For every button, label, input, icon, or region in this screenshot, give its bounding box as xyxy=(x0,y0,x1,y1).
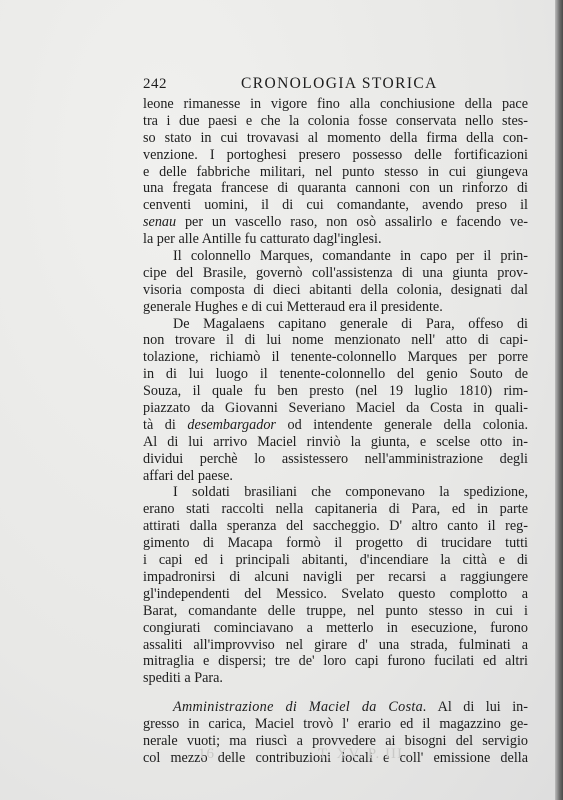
italic-term: desembargador xyxy=(187,417,276,433)
paragraph: I soldati brasiliani che componevano la … xyxy=(143,484,528,687)
text-line: i capi ed i principali abitanti, d'incen… xyxy=(143,552,528,569)
text-fragment: per un vascello raso, non osò assalirlo … xyxy=(176,214,528,230)
text-line: Il colonnello Marques, comandante in cap… xyxy=(143,248,528,265)
paragraph: Il colonnello Marques, comandante in cap… xyxy=(143,248,528,316)
page-number: 242 xyxy=(143,76,167,93)
text-line: mitraglia e dispersi; tre de' loro capi … xyxy=(143,653,528,670)
show-through-sheet-number: 16 xyxy=(198,746,215,763)
text-line: piazzato da Giovanni Severiano Maciel da… xyxy=(143,400,528,417)
text-line: la per alle Antille fu catturato dagl'in… xyxy=(143,231,528,248)
text-line: tolazione, richiamò il tenente-colonnell… xyxy=(143,349,528,366)
text-line: gresso in carica, Maciel trovò l' erario… xyxy=(143,716,528,733)
running-title: CRONOLOGIA STORICA xyxy=(241,75,438,93)
paragraph: leone rimanesse in vigore fino alla conc… xyxy=(143,96,528,248)
text-line: tà di desembargador od intendente genera… xyxy=(143,417,528,434)
book-page: 242 CRONOLOGIA STORICA leone rimanesse i… xyxy=(0,0,555,800)
text-line: erano stati raccolti nella capitaneria d… xyxy=(143,501,528,518)
text-line: attirati dalla speranza del saccheggio. … xyxy=(143,518,528,535)
text-line: leone rimanesse in vigore fino alla conc… xyxy=(143,96,528,113)
text-line: assaliti all'improvviso nel girare d' un… xyxy=(143,637,528,654)
text-line: affari del paese. xyxy=(143,468,528,485)
text-line: una fregata francese di quaranta cannoni… xyxy=(143,180,528,197)
text-line: cipe del Brasile, governò coll'assistenz… xyxy=(143,265,528,282)
show-through-signature: T. XV. P. III. xyxy=(318,746,408,763)
text-line: congiurati cominciavano a metterlo in es… xyxy=(143,620,528,637)
text-line: impadronirsi di alcuni navigli per recar… xyxy=(143,569,528,586)
text-line: Souza, il quale fu ben presto (nel 19 lu… xyxy=(143,383,528,400)
text-line: spediti a Para. xyxy=(143,670,528,687)
text-line: cenventi uomini, il di cui comandante, a… xyxy=(143,197,528,214)
text-fragment: od intendente generale della colonia. xyxy=(276,417,528,433)
text-fragment: tà di xyxy=(143,417,187,433)
text-line: generale Hughes e di cui Metteraud era i… xyxy=(143,299,528,316)
italic-term: senau xyxy=(143,214,176,230)
text-line: gl'independenti del Messico. Svelato que… xyxy=(143,586,528,603)
text-line: senau per un vascello raso, non osò assa… xyxy=(143,214,528,231)
section-gap xyxy=(143,687,528,699)
text-line: Al di lui arrivo Maciel rinviò la giunta… xyxy=(143,434,528,451)
text-line: Amministrazione di Maciel da Costa. Al d… xyxy=(143,699,528,716)
text-line: e delle fabbriche militari, nel punto st… xyxy=(143,164,528,181)
text-line: visoria composta di dieci abitanti della… xyxy=(143,282,528,299)
section-heading: Amministrazione di Maciel da Costa. xyxy=(173,699,427,715)
text-line: I soldati brasiliani che componevano la … xyxy=(143,484,528,501)
body-text: leone rimanesse in vigore fino alla conc… xyxy=(143,96,528,767)
text-line: tra i due paesi e che la colonia fosse c… xyxy=(143,113,528,130)
running-head: 242 CRONOLOGIA STORICA xyxy=(143,72,528,96)
text-line: gimento di Macapa formò il progetto di t… xyxy=(143,535,528,552)
text-line: venzione. I portoghesi presero possesso … xyxy=(143,147,528,164)
text-line: so stato in cui trovavasi al momento del… xyxy=(143,130,528,147)
text-line: Barat, comandante delle truppe, nel punt… xyxy=(143,603,528,620)
text-line: in di lui luogo il tenente-colonnello de… xyxy=(143,366,528,383)
text-block: 242 CRONOLOGIA STORICA leone rimanesse i… xyxy=(143,72,528,767)
text-line: non trovare il di lui nome menzionato ne… xyxy=(143,332,528,349)
text-line: De Magalaens capitano generale di Para, … xyxy=(143,316,528,333)
paragraph: De Magalaens capitano generale di Para, … xyxy=(143,316,528,485)
text-line: dividui perchè lo assistessero nell'ammi… xyxy=(143,451,528,468)
text-fragment: Al di lui in- xyxy=(427,699,528,715)
page-edge-shadow xyxy=(555,0,563,800)
